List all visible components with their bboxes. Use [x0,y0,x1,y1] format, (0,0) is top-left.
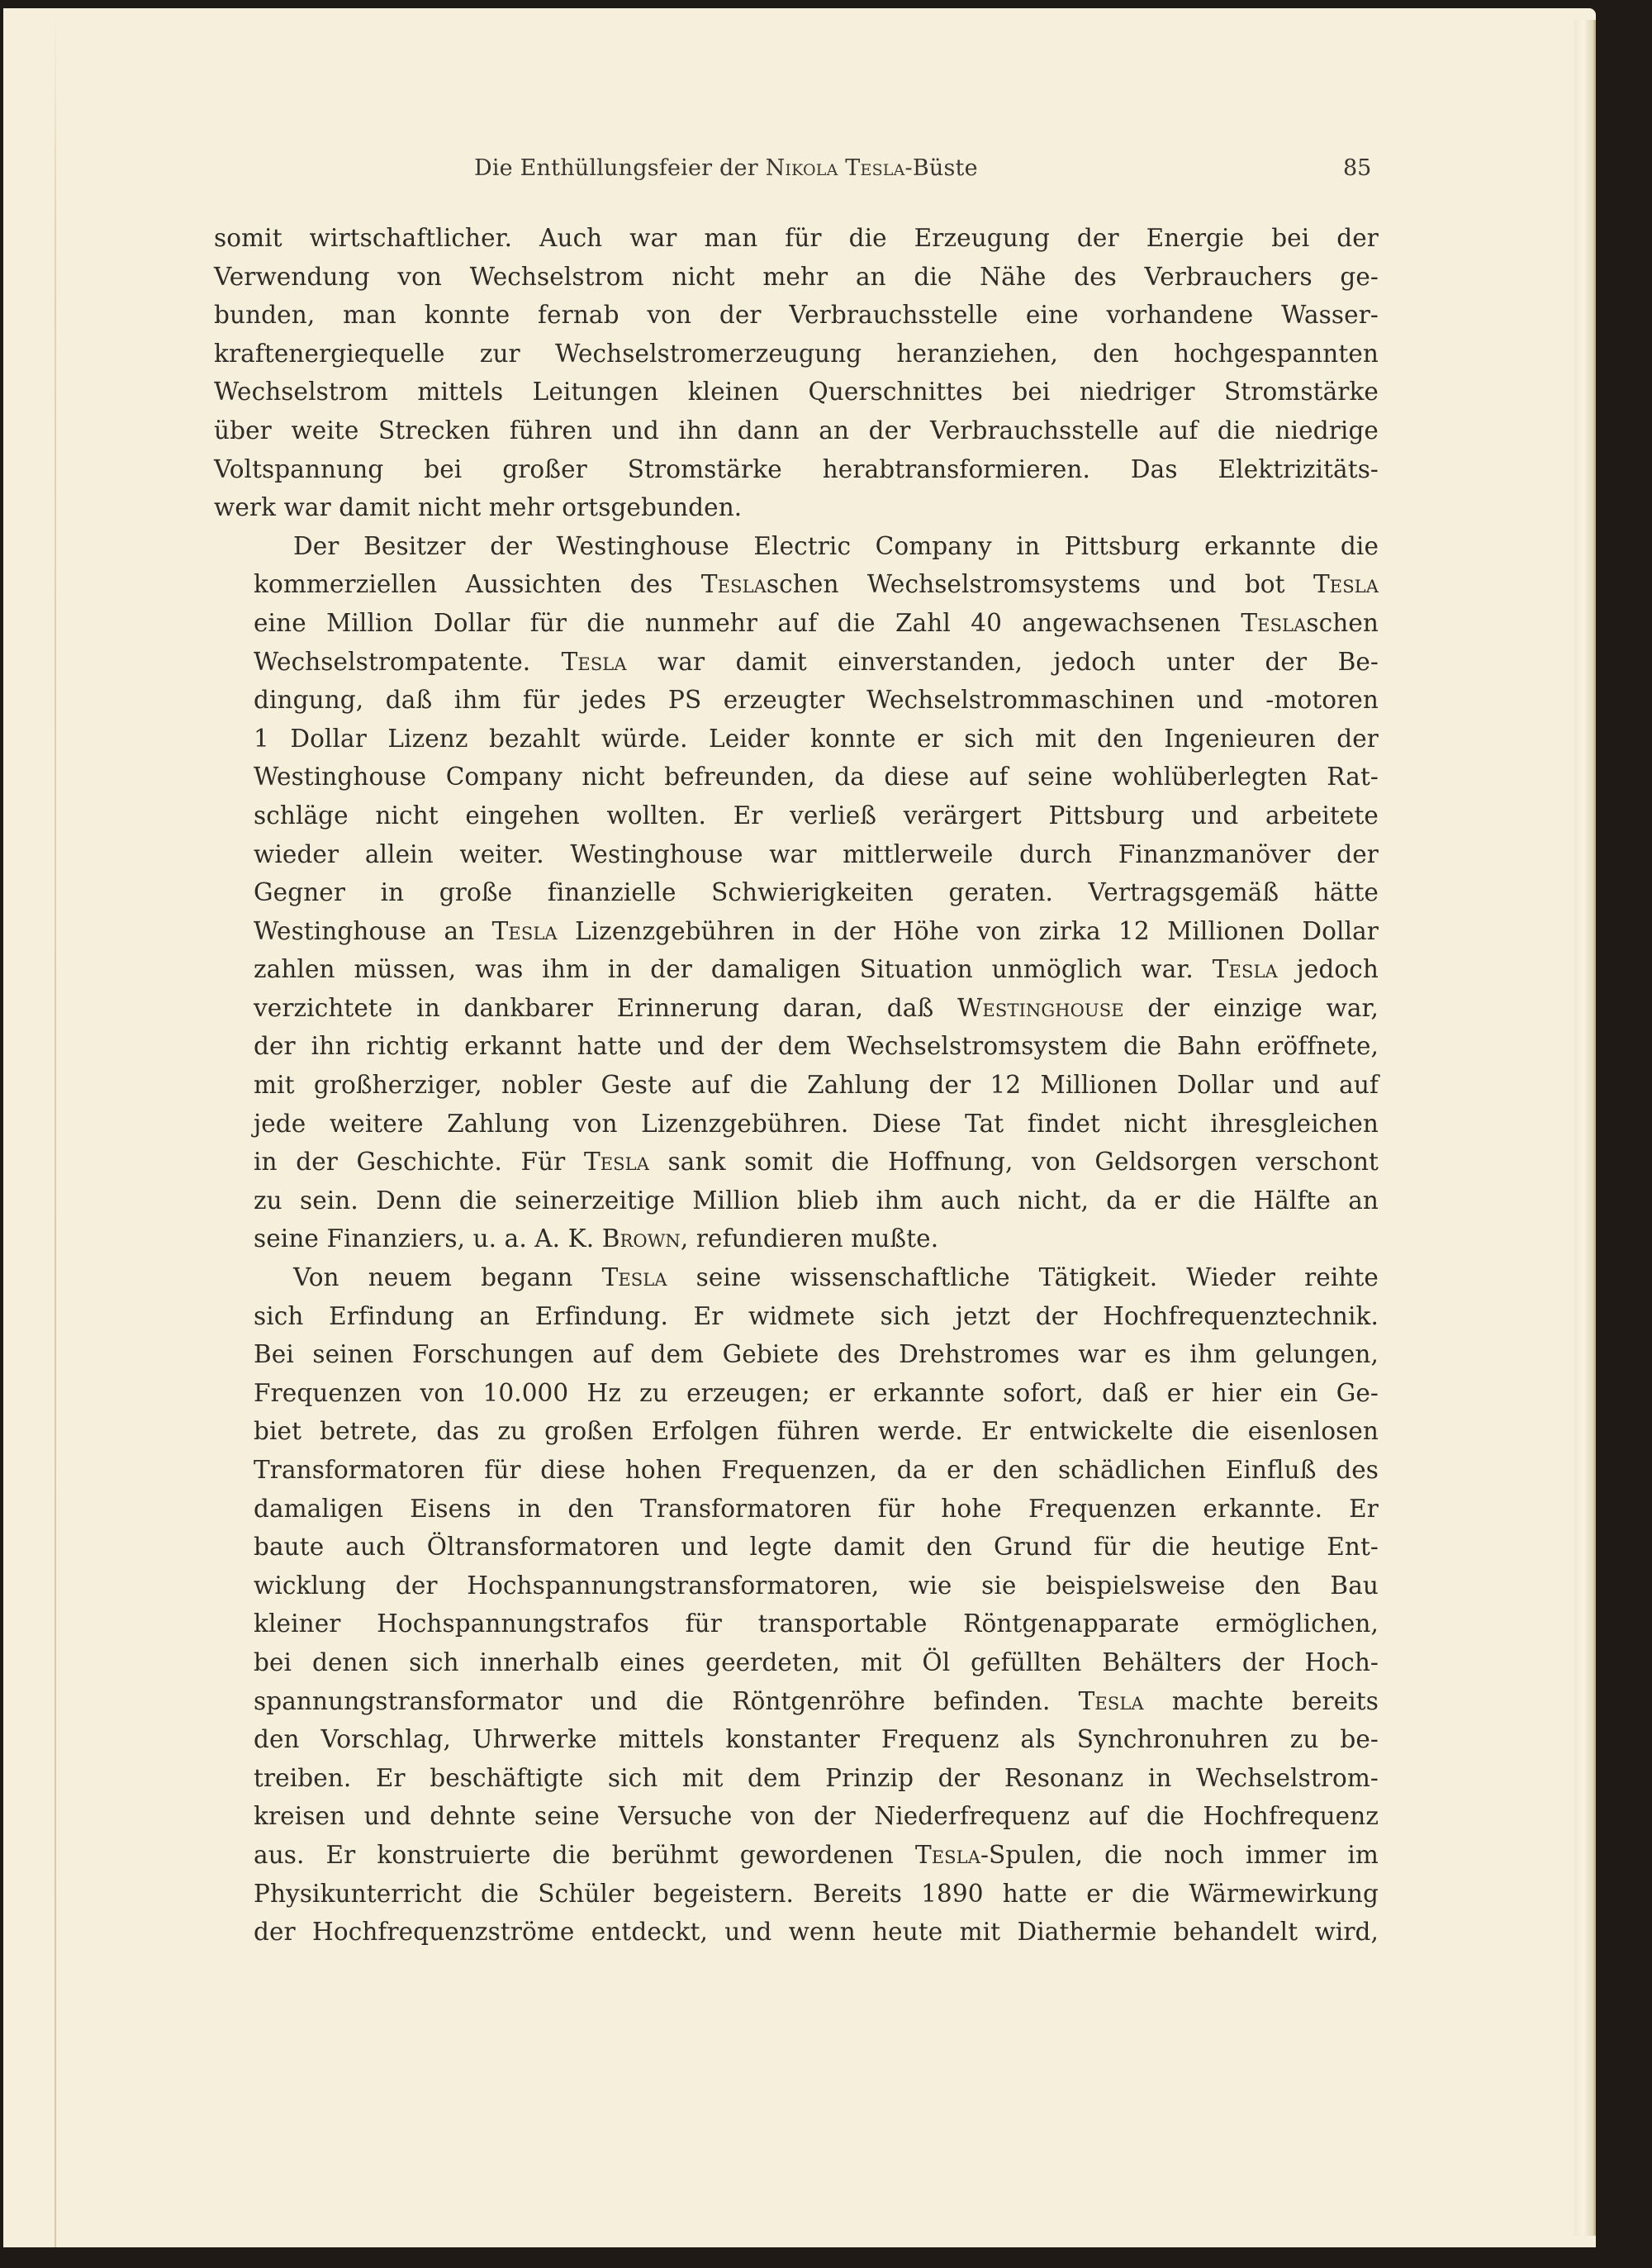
name-smallcaps: Tesla [562,648,627,676]
name-smallcaps: Westinghouse [957,994,1124,1022]
text-line: biet betrete, das zu großen Erfolgen füh… [214,1412,1379,1451]
text-line: damaligen Eisens in den Transformatoren … [214,1490,1379,1529]
book-page: Die Enthüllungsfeier der Nikola Tesla-Bü… [3,8,1596,2247]
page-stack-edge [1574,20,1596,2236]
paragraph: somit wirtschaftlicher. Auch war man für… [214,219,1379,527]
text-line: schläge nicht eingehen wollten. Er verli… [214,796,1379,835]
running-head: Die Enthüllungsfeier der Nikola Tesla-Bü… [3,155,1596,188]
text-line: der Hochfrequenzströme entdeckt, und wen… [214,1913,1379,1952]
text-line: kreisen und dehnte seine Versuche von de… [214,1797,1379,1836]
text-line: spannungstransformator und die Röntgenrö… [214,1682,1379,1721]
text-line: aus. Er konstruierte die berühmt geworde… [214,1836,1379,1875]
text-line: Physikunterricht die Schüler begeistern.… [214,1875,1379,1914]
text-line: den Vorschlag, Uhrwerke mittels konstant… [214,1720,1379,1759]
text-line: zahlen müssen, was ihm in der damaligen … [214,950,1379,989]
text-line: treiben. Er beschäftigte sich mit dem Pr… [214,1759,1379,1798]
text-line: jede weitere Zahlung von Lizenzgebühren.… [214,1105,1379,1144]
text-line: Verwendung von Wechselstrom nicht mehr a… [214,258,1379,297]
text-line: 1 Dollar Lizenz bezahlt würde. Leider ko… [214,720,1379,758]
running-title: Die Enthüllungsfeier der Nikola Tesla-Bü… [474,155,978,181]
paragraph: Von neuem begann Tesla seine wissenschaf… [214,1258,1379,1952]
name-smallcaps: Tesla [915,1841,980,1869]
name-smallcaps: Tesla [1213,955,1278,983]
running-title-name: Nikola Tesla [766,155,905,181]
name-smallcaps: Tesla [701,570,767,598]
page-number: 85 [1343,155,1371,181]
text-line: Der Besitzer der Westinghouse Electric C… [214,527,1379,566]
text-line: bei denen sich innerhalb eines geerdeten… [214,1643,1379,1682]
text-line: Wechselstrompatente. Tesla war damit ein… [214,643,1379,682]
text-line: kommerziellen Aussichten des Teslaschen … [214,565,1379,604]
text-line: baute auch Öltransformatoren und legte d… [214,1528,1379,1567]
body-text: somit wirtschaftlicher. Auch war man für… [214,219,1379,1952]
name-smallcaps: Brown [602,1224,681,1253]
text-line: Frequenzen von 10.000 Hz zu erzeugen; er… [214,1374,1379,1413]
text-line: seine Finanziers, u. a. A. K. Brown, ref… [214,1220,1379,1258]
paragraph: Der Besitzer der Westinghouse Electric C… [214,527,1379,1258]
name-smallcaps: Tesla [492,917,558,945]
text-line: zu sein. Denn die seinerzeitige Million … [214,1182,1379,1220]
text-line: dingung, daß ihm für jedes PS erzeugter … [214,681,1379,720]
name-smallcaps: Tesla [1241,609,1306,637]
text-line: Gegner in große finanzielle Schwierigkei… [214,873,1379,912]
text-line: wicklung der Hochspannungstransformatore… [214,1567,1379,1605]
text-line: Voltspannung bei großer Stromstärke hera… [214,450,1379,489]
text-line: Westinghouse an Tesla Lizenzgebühren in … [214,912,1379,951]
text-line: verzichtete in dankbarer Erinnerung dara… [214,989,1379,1028]
name-smallcaps: Tesla [1313,570,1379,598]
text-line: bunden, man konnte fernab von der Verbra… [214,296,1379,335]
text-line: sich Erfindung an Erfindung. Er widmete … [214,1297,1379,1336]
text-line: über weite Strecken führen und ihn dann … [214,411,1379,450]
text-line: kraftenergiequelle zur Wechselstromerzeu… [214,335,1379,373]
text-line: Westinghouse Company nicht befreunden, d… [214,758,1379,796]
text-line: eine Million Dollar für die nunmehr auf … [214,604,1379,643]
text-line: somit wirtschaftlicher. Auch war man für… [214,219,1379,258]
text-line: Transformatoren für diese hohen Frequenz… [214,1451,1379,1490]
name-smallcaps: Tesla [602,1263,667,1291]
page-gutter-crease [55,8,56,2247]
text-line: werk war damit nicht mehr ortsgebunden. [214,488,1379,527]
text-line: in der Geschichte. Für Tesla sank somit … [214,1143,1379,1182]
text-line: kleiner Hochspannungstrafos für transpor… [214,1605,1379,1643]
text-line: Bei seinen Forschungen auf dem Gebiete d… [214,1335,1379,1374]
name-smallcaps: Tesla [1079,1687,1144,1715]
text-line: Von neuem begann Tesla seine wissenschaf… [214,1258,1379,1297]
name-smallcaps: Tesla [584,1148,649,1176]
text-line: Wechselstrom mittels Leitungen kleinen Q… [214,373,1379,411]
text-line: wieder allein weiter. Westinghouse war m… [214,835,1379,874]
text-line: der ihn richtig erkannt hatte und der de… [214,1027,1379,1066]
text-line: mit großherziger, nobler Geste auf die Z… [214,1066,1379,1105]
